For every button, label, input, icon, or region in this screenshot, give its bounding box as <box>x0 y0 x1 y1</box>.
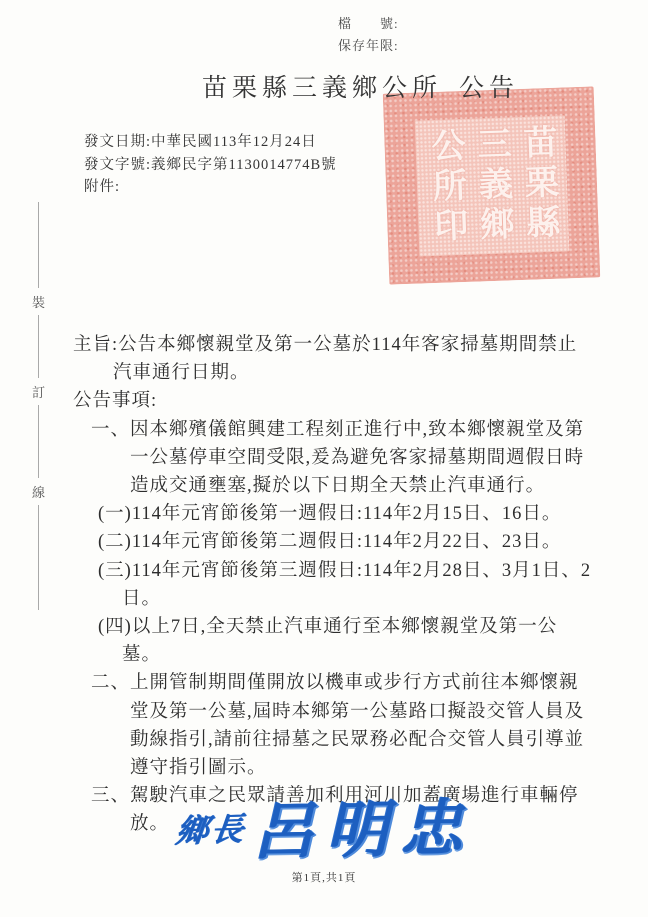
seal-text-column-3: 公所印 <box>426 127 464 248</box>
announcement-items: 一、因本鄉殯儀館興建工程刻正進行中,致本鄉懷親堂及第一公墓停車空間受限,爰為避免… <box>91 416 596 839</box>
item-2-text: 上開管制期間僅開放以機車或步行方式前往本鄉懷親堂及第一公墓,屆時本鄉第一公墓路口… <box>130 673 584 778</box>
attachment-line: 附件: <box>84 176 337 199</box>
sections-heading: 公告事項: <box>73 387 596 415</box>
item-2: 二、上開管制期間僅開放以機車或步行方式前往本鄉懷親堂及第一公墓,屆時本鄉第一公墓… <box>91 669 596 782</box>
doc-number-line: 發文字號:義鄉民字第1130014774B號 <box>84 154 337 177</box>
subitem-3: (三)114年元宵節後第三週假日:114年2月28日、3月1日、2日。 <box>98 557 596 613</box>
binding-char-zhuang: 裝 <box>30 288 48 315</box>
scanned-announcement-page: 檔 號: 保存年限: 苗栗縣 三義鄉 公所印 苗栗縣三義鄉公所 公告 發文日期:… <box>0 0 648 917</box>
document-title: 苗栗縣三義鄉公所 公告 <box>202 68 519 104</box>
subitem-4-number: (四) <box>98 617 132 637</box>
subitem-1-text: 114年元宵節後第一週假日:114年2月15日、16日。 <box>132 504 562 524</box>
seal-text-column-2: 三義鄉 <box>472 125 510 246</box>
retention-period-label: 保存年限: <box>338 35 399 57</box>
subitem-4: (四)以上7日,全天禁止汽車通行至本鄉懷親堂及第一公墓。 <box>98 613 596 669</box>
subitem-4-text: 以上7日,全天禁止汽車通行至本鄉懷親堂及第一公墓。 <box>122 617 557 665</box>
subitem-2-text: 114年元宵節後第二週假日:114年2月22日、23日。 <box>132 532 562 552</box>
subitem-1: (一)114年元宵節後第一週假日:114年2月15日、16日。 <box>98 500 596 528</box>
file-number-label: 檔 號: <box>338 13 399 35</box>
document-type: 公告 <box>459 68 519 104</box>
item-1-subitems: (一)114年元宵節後第一週假日:114年2月15日、16日。 (二)114年元… <box>98 500 596 669</box>
subitem-2-number: (二) <box>98 532 132 552</box>
subitem-3-number: (三) <box>98 561 132 581</box>
subject-paragraph: 主旨:公告本鄉懷親堂及第一公墓於114年客家掃墓期間禁止汽車通行日期。 <box>73 331 596 387</box>
subitem-2: (二)114年元宵節後第二週假日:114年2月22日、23日。 <box>98 528 596 556</box>
binding-line: 裝 訂 線 <box>38 202 39 610</box>
subject-text: 公告本鄉懷親堂及第一公墓於114年客家掃墓期間禁止汽車通行日期。 <box>113 335 577 383</box>
archival-labels: 檔 號: 保存年限: <box>338 13 399 57</box>
document-meta: 發文日期:中華民國113年12月24日 發文字號:義鄉民字第1130014774… <box>84 131 337 199</box>
item-1-text: 因本鄉殯儀館興建工程刻正進行中,致本鄉懷親堂及第一公墓停車空間受限,爰為避免客家… <box>130 420 584 496</box>
binding-char-xian: 線 <box>30 478 48 505</box>
item-3-number: 三、 <box>91 786 130 806</box>
subject-label: 主旨: <box>73 335 118 355</box>
mayor-signature-stamp: 鄉長 呂明忠 <box>176 780 474 869</box>
issuing-org-name: 苗栗縣三義鄉公所 <box>202 68 442 104</box>
seal-inner-face: 苗栗縣 三義鄉 公所印 <box>414 115 569 256</box>
item-1-number: 一、 <box>91 420 130 440</box>
item-2-number: 二、 <box>91 673 130 693</box>
official-red-seal: 苗栗縣 三義鄉 公所印 <box>383 86 601 284</box>
announcement-body: 主旨:公告本鄉懷親堂及第一公墓於114年客家掃墓期間禁止汽車通行日期。 公告事項… <box>73 331 596 839</box>
issue-date-line: 發文日期:中華民國113年12月24日 <box>84 131 337 154</box>
subitem-3-text: 114年元宵節後第三週假日:114年2月28日、3月1日、2日。 <box>122 561 591 609</box>
binding-char-ding: 訂 <box>30 378 48 405</box>
mayor-name: 呂明忠 <box>251 778 475 871</box>
page-number-footer: 第1頁,共1頁 <box>0 869 648 885</box>
mayor-title: 鄉長 <box>173 803 248 851</box>
subitem-1-number: (一) <box>98 504 132 524</box>
item-1: 一、因本鄉殯儀館興建工程刻正進行中,致本鄉懷親堂及第一公墓停車空間受限,爰為避免… <box>91 416 596 501</box>
seal-text-column-1: 苗栗縣 <box>518 123 556 244</box>
